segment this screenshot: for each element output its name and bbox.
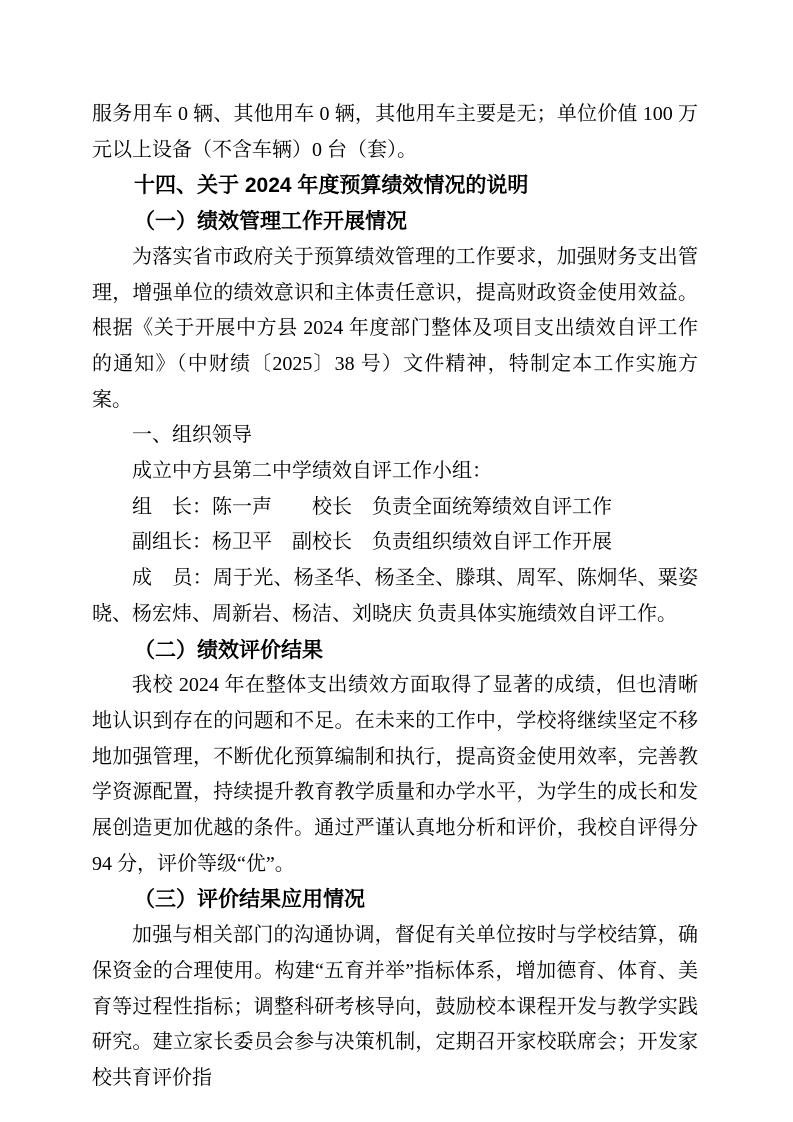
document-body: 服务用车 0 辆、其他用车 0 辆，其他用车主要是无；单位价值 100 万元以上…	[92, 97, 698, 1097]
line-org-leadership-heading: 一、组织领导	[92, 418, 698, 454]
paragraph-evaluation-result: 我校 2024 年在整体支出绩效方面取得了显著的成绩，但也清晰地认识到存在的问题…	[92, 668, 698, 882]
paragraph-group-members: 成 员：周于光、杨圣华、杨圣全、滕琪、周军、陈炯华、粟姿晓、杨宏炜、周新岩、杨洁…	[92, 561, 698, 632]
line-workgroup-intro: 成立中方县第二中学绩效自评工作小组：	[92, 454, 698, 490]
subsection-heading-performance-management: （一）绩效管理工作开展情况	[92, 204, 698, 240]
paragraph-result-application: 加强与相关部门的沟通协调，督促有关单位按时与学校结算，确保资金的合理使用。构建“…	[92, 918, 698, 1097]
section-heading-budget-performance: 十四、关于 2024 年度预算绩效情况的说明	[92, 168, 698, 204]
subsection-heading-result-application: （三）评价结果应用情况	[92, 882, 698, 918]
line-group-leader: 组 长：陈一声 校长 负责全面统筹绩效自评工作	[92, 490, 698, 526]
document-page: 服务用车 0 辆、其他用车 0 辆，其他用车主要是无；单位价值 100 万元以上…	[0, 0, 793, 1122]
subsection-heading-evaluation-result: （二）绩效评价结果	[92, 633, 698, 669]
line-deputy-leader: 副组长：杨卫平 副校长 负责组织绩效自评工作开展	[92, 525, 698, 561]
paragraph-vehicle-equipment: 服务用车 0 辆、其他用车 0 辆，其他用车主要是无；单位价值 100 万元以上…	[92, 97, 698, 168]
paragraph-policy-basis: 为落实省市政府关于预算绩效管理的工作要求，加强财务支出管理，增强单位的绩效意识和…	[92, 240, 698, 419]
